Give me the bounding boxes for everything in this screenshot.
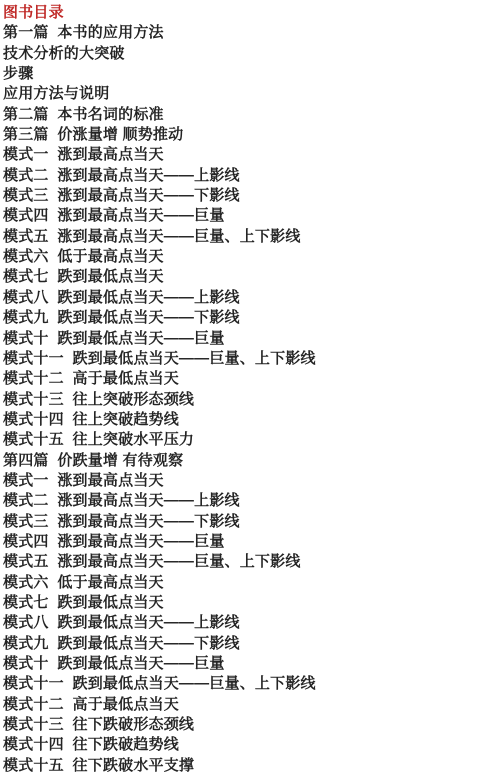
toc-entry: 模式十 跌到最低点当天——巨量: [3, 329, 500, 349]
toc-entry: 模式十 跌到最低点当天——巨量: [3, 654, 500, 674]
toc-entry: 模式四 涨到最高点当天——巨量: [3, 206, 500, 226]
toc-entry: 模式八 跌到最低点当天——上影线: [3, 288, 500, 308]
toc-entry: 模式八 跌到最低点当天——上影线: [3, 613, 500, 633]
toc-entry: 技术分析的大突破: [3, 44, 500, 64]
toc-entry: 模式六 低于最高点当天: [3, 247, 500, 267]
toc-entry: 模式十三 往上突破形态颈线: [3, 390, 500, 410]
toc-entry: 模式二 涨到最高点当天——上影线: [3, 166, 500, 186]
toc-entry: 步骤: [3, 64, 500, 84]
toc-entry: 第三篇 价涨量增 顺势推动: [3, 125, 500, 145]
toc-entry: 模式一 涨到最高点当天: [3, 145, 500, 165]
toc-entry: 模式五 涨到最高点当天——巨量、上下影线: [3, 552, 500, 572]
toc-page: 图书目录 第一篇 本书的应用方法技术分析的大突破步骤应用方法与说明第二篇 本书名…: [0, 0, 500, 774]
toc-entry: 模式十四 往上突破趋势线: [3, 410, 500, 430]
toc-entry: 模式九 跌到最低点当天——下影线: [3, 634, 500, 654]
toc-entry: 模式十二 高于最低点当天: [3, 369, 500, 389]
toc-entry: 模式十一 跌到最低点当天——巨量、上下影线: [3, 674, 500, 694]
toc-entry: 模式七 跌到最低点当天: [3, 267, 500, 287]
toc-entry: 模式十二 高于最低点当天: [3, 695, 500, 715]
toc-entry: 模式十四 往下跌破趋势线: [3, 735, 500, 755]
toc-entry: 模式十五 往下跌破水平支撑: [3, 756, 500, 774]
toc-entry: 模式三 涨到最高点当天——下影线: [3, 186, 500, 206]
toc-entry: 模式五 涨到最高点当天——巨量、上下影线: [3, 227, 500, 247]
toc-list: 第一篇 本书的应用方法技术分析的大突破步骤应用方法与说明第二篇 本书名词的标准第…: [3, 23, 500, 774]
toc-entry: 模式二 涨到最高点当天——上影线: [3, 491, 500, 511]
toc-entry: 模式十五 往上突破水平压力: [3, 430, 500, 450]
toc-entry: 模式六 低于最高点当天: [3, 573, 500, 593]
toc-entry: 模式十三 往下跌破形态颈线: [3, 715, 500, 735]
toc-entry: 模式七 跌到最低点当天: [3, 593, 500, 613]
page-title: 图书目录: [3, 3, 500, 23]
toc-entry: 模式三 涨到最高点当天——下影线: [3, 512, 500, 532]
toc-entry: 第一篇 本书的应用方法: [3, 23, 500, 43]
toc-entry: 模式一 涨到最高点当天: [3, 471, 500, 491]
toc-entry: 模式十一 跌到最低点当天——巨量、上下影线: [3, 349, 500, 369]
toc-entry: 应用方法与说明: [3, 84, 500, 104]
toc-entry: 第四篇 价跌量增 有待观察: [3, 451, 500, 471]
toc-entry: 模式四 涨到最高点当天——巨量: [3, 532, 500, 552]
toc-entry: 模式九 跌到最低点当天——下影线: [3, 308, 500, 328]
toc-entry: 第二篇 本书名词的标准: [3, 105, 500, 125]
